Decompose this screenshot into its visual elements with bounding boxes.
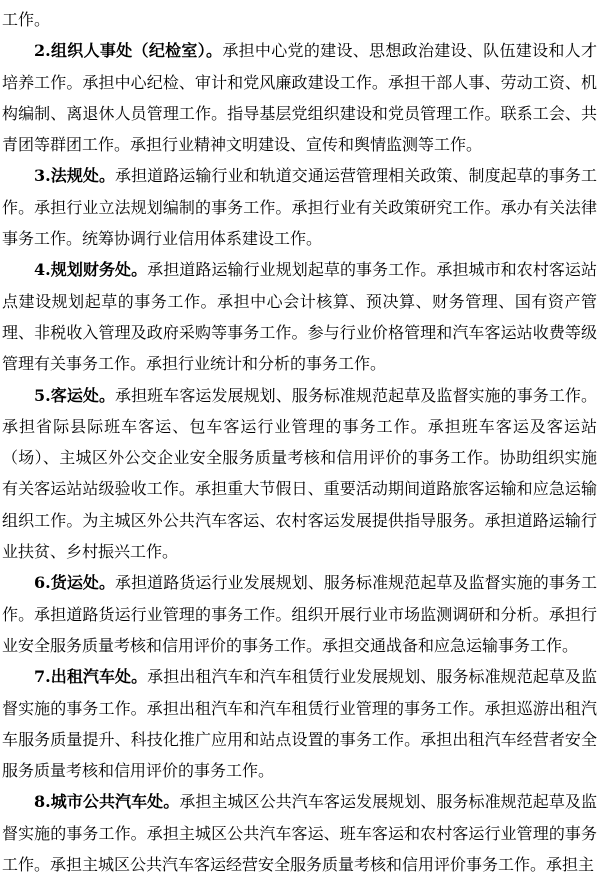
section-heading-passenger-transport: 5.客运处。 xyxy=(34,386,115,405)
section-heading-legal: 3.法规处。 xyxy=(34,166,115,185)
section-paragraph-city-bus: 8.城市公共汽车处。承担主城区公共汽车客运发展规划、服务标准规范起草及监督实施的… xyxy=(2,786,597,876)
section-heading-taxi: 7.出租汽车处。 xyxy=(34,667,147,686)
section-body-passenger-transport: 承担班车客运发展规划、服务标准规范起草及监督实施的事务工作。承担省际县际班车客运… xyxy=(2,386,597,561)
section-heading-planning-finance: 4.规划财务处。 xyxy=(34,260,147,279)
section-paragraph-freight: 6.货运处。承担道路货运行业发展规划、服务标准规范起草及监督实施的事务工作。承担… xyxy=(2,567,597,661)
section-paragraph-planning-finance: 4.规划财务处。承担道路运输行业规划起草的事务工作。承担城市和农村客运站点建设规… xyxy=(2,254,597,379)
section-paragraph-passenger-transport: 5.客运处。承担班车客运发展规划、服务标准规范起草及监督实施的事务工作。承担省际… xyxy=(2,380,597,568)
section-paragraph-legal: 3.法规处。承担道路运输行业和轨道交通运营管理相关政策、制度起草的事务工作。承担… xyxy=(2,160,597,254)
section-paragraph-org-personnel: 2.组织人事处（纪检室）。承担中心党的建设、思想政治建设、队伍建设和人才培养工作… xyxy=(2,35,597,160)
section-heading-freight: 6.货运处。 xyxy=(34,573,115,592)
document-page: 工作。 2.组织人事处（纪检室）。承担中心党的建设、思想政治建设、队伍建设和人才… xyxy=(0,0,603,876)
section-paragraph-taxi: 7.出租汽车处。承担出租汽车和汽车租赁行业发展规划、服务标准规范起草及监督实施的… xyxy=(2,661,597,786)
section-heading-org-personnel: 2.组织人事处（纪检室）。 xyxy=(34,41,222,60)
continuation-paragraph: 工作。 xyxy=(2,4,597,35)
section-heading-city-bus: 8.城市公共汽车处。 xyxy=(34,792,179,811)
